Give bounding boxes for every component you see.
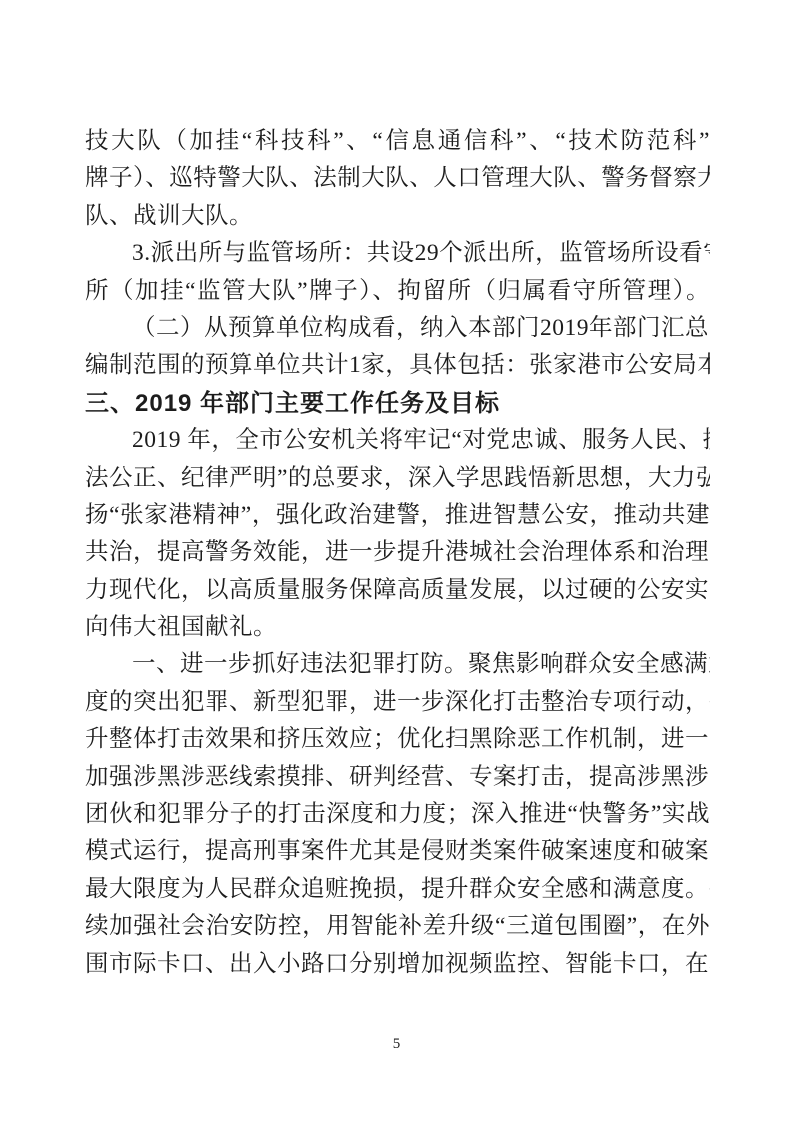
body-line: 向伟大祖国献礼。 [85, 609, 710, 646]
body-line: 围市际卡口、出入小路口分别增加视频监控、智能卡口，在城 [85, 946, 710, 983]
body-line: （二）从预算单位构成看，纳入本部门2019年部门汇总预算 [85, 310, 710, 347]
body-line: 模式运行，提高刑事案件尤其是侵财类案件破案速度和破案率， [85, 833, 710, 870]
body-line: 扬“张家港精神”，强化政治建警，推进智慧公安，推动共建 [85, 497, 710, 534]
body-line: 力现代化，以高质量服务保障高质量发展，以过硬的公安实绩 [85, 572, 710, 609]
body-line: 队、战训大队。 [85, 198, 710, 235]
body-line: 度的突出犯罪、新型犯罪，进一步深化打击整治专项行动，提 [85, 684, 710, 721]
document-page: 技大队（加挂“科技科”、“信息通信科”、“技术防范科” 牌子）、巡特警大队、法制… [0, 0, 793, 1122]
body-line: 团伙和犯罪分子的打击深度和力度；深入推进“快警务”实战 [85, 796, 710, 833]
body-line: 3.派出所与监管场所：共设29个派出所，监管场所设看守 [85, 235, 710, 272]
body-line: 续加强社会治安防控，用智能补差升级“三道包围圈”，在外 [85, 908, 710, 945]
body-line: 2019 年，全市公安机关将牢记“对党忠诚、服务人民、执 [85, 422, 710, 459]
body-line: 最大限度为人民群众追赃挽损，提升群众安全感和满意度。持 [85, 871, 710, 908]
body-line: 加强涉黑涉恶线索摸排、研判经营、专案打击，提高涉黑涉恶 [85, 759, 710, 796]
body-line: 共治，提高警务效能，进一步提升港城社会治理体系和治理能 [85, 534, 710, 571]
body-line: 升整体打击效果和挤压效应；优化扫黑除恶工作机制，进一步 [85, 721, 710, 758]
page-number: 5 [0, 1036, 793, 1053]
body-line: 一、进一步抓好违法犯罪打防。聚焦影响群众安全感满意 [85, 646, 710, 683]
body-line: 技大队（加挂“科技科”、“信息通信科”、“技术防范科” [85, 123, 710, 160]
document-body: 技大队（加挂“科技科”、“信息通信科”、“技术防范科” 牌子）、巡特警大队、法制… [85, 123, 710, 983]
body-line: 牌子）、巡特警大队、法制大队、人口管理大队、警务督察大 [85, 160, 710, 197]
body-line: 编制范围的预算单位共计1家，具体包括：张家港市公安局本级。 [85, 347, 710, 384]
body-line: 法公正、纪律严明”的总要求，深入学思践悟新思想，大力弘 [85, 460, 710, 497]
body-line: 所（加挂“监管大队”牌子）、拘留所（归属看守所管理）。 [85, 273, 710, 310]
section-heading: 三、2019 年部门主要工作任务及目标 [85, 385, 710, 422]
